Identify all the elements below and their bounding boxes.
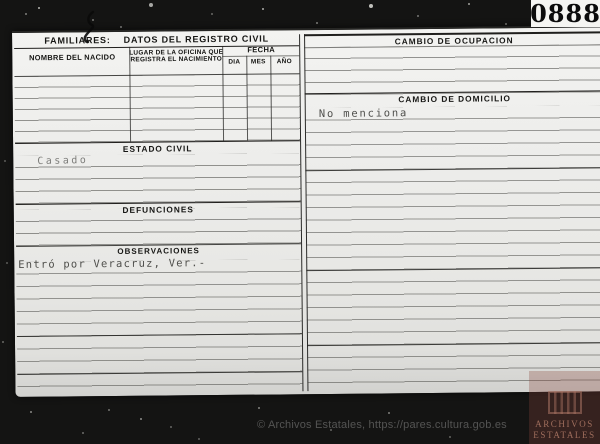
ruled-lines-observaciones xyxy=(16,259,302,395)
copyright-watermark: © Archivos Estatales, https://pares.cult… xyxy=(257,419,507,431)
registry-card: FAMILIARES:DATOS DEL REGISTRO CIVIL NOMB… xyxy=(12,25,600,397)
col-fecha-label: FECHA xyxy=(247,46,275,54)
ruled-lines-estado xyxy=(15,153,300,205)
col-nombre-cell: NOMBRE DEL NACIDO xyxy=(14,54,129,65)
logo-text-line2: ESTATALES xyxy=(533,430,595,441)
ruled-lines-ocupacion xyxy=(304,44,600,95)
pen-squiggle-mark xyxy=(78,10,104,44)
col-dia-label: DIA xyxy=(228,59,240,66)
card-number: 0888 xyxy=(530,0,600,28)
fecha-underline xyxy=(222,55,299,57)
scanned-document-viewport: FAMILIARES:DATOS DEL REGISTRO CIVIL NOMB… xyxy=(0,0,600,444)
col-ano-label: AÑO xyxy=(277,58,292,65)
col-nombre-label: NOMBRE DEL NACIDO xyxy=(29,54,115,63)
registro-civil-title: DATOS DEL REGISTRO CIVIL xyxy=(124,34,269,45)
ruled-lines-defunciones xyxy=(16,207,301,247)
observaciones-header: OBSERVACIONES xyxy=(16,245,301,257)
logo-text-line1: ARCHIVOS xyxy=(535,419,594,430)
archivos-estatales-logo-watermark: ARCHIVOS ESTATALES xyxy=(529,371,600,444)
estado-civil-header: ESTADO CIVIL xyxy=(15,142,300,155)
card-number-box: 0888 xyxy=(531,0,600,27)
ruled-lines-domicilio xyxy=(305,105,600,392)
dust-speckles xyxy=(0,0,2,2)
cambio-domicilio-header: CAMBIO DE DOMICILIO xyxy=(305,92,600,105)
col-lugar-cell: LUGAR DE LA OFICINA QUE REGISTRA EL NACI… xyxy=(129,49,222,71)
col-lugar-label: LUGAR DE LA OFICINA QUE REGISTRA EL NACI… xyxy=(129,49,223,64)
col-mes-label: MES xyxy=(251,59,266,66)
familiares-section-header: FAMILIARES:DATOS DEL REGISTRO CIVIL xyxy=(14,33,299,46)
archive-emblem-icon xyxy=(548,391,582,414)
ruled-lines-table-rows xyxy=(14,74,300,144)
